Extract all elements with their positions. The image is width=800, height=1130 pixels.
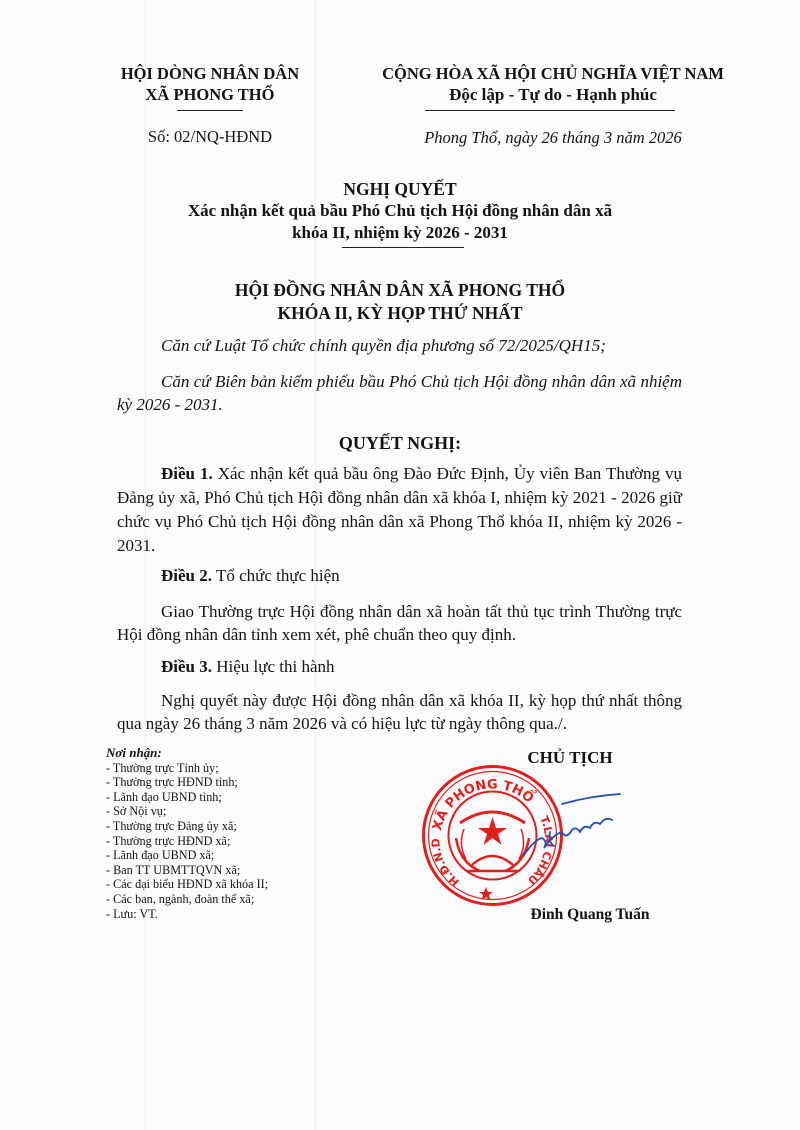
motto-underline xyxy=(425,110,675,111)
article-3-text: Nghị quyết này được Hội đồng nhân dân xã… xyxy=(117,689,682,735)
article-2-title: Tổ chức thực hiện xyxy=(216,566,340,585)
document-number: Số: 02/NQ-HĐND xyxy=(110,127,310,147)
document-type: NGHỊ QUYẾT xyxy=(100,178,700,200)
recipient-item: - Các ban, ngành, đoàn thể xã; xyxy=(106,892,346,907)
resolves-heading: QUYẾT NGHỊ: xyxy=(100,432,700,454)
recipient-item: - Các đại biểu HĐND xã khóa II; xyxy=(106,877,346,892)
header-left: HỘI DÒNG NHÂN DÂN XÃ PHONG THỔ xyxy=(110,63,310,105)
article-2-text: Giao Thường trực Hội đồng nhân dân xã ho… xyxy=(117,600,682,646)
article-1-label: Điều 1. xyxy=(161,464,213,483)
issuer-line2: KHÓA II, KỲ HỌP THỨ NHẤT xyxy=(100,302,700,325)
recipients-heading: Nơi nhận: xyxy=(106,746,346,761)
place-date: Phong Thổ, ngày 26 tháng 3 năm 2026 xyxy=(318,128,788,148)
document-subject-line1: Xác nhận kết quả bầu Phó Chủ tịch Hội đồ… xyxy=(100,200,700,222)
article-3-title: Hiệu lực thi hành xyxy=(216,657,334,676)
recipient-item: - Thường trực Tỉnh ủy; xyxy=(106,761,346,776)
recipient-item: - Lãnh đạo UBND tỉnh; xyxy=(106,790,346,805)
nation-name: CỘNG HÒA XÃ HỘI CHỦ NGHĨA VIỆT NAM xyxy=(318,63,788,84)
issuer-block: HỘI ĐỒNG NHÂN DÂN XÃ PHONG THỔ KHÓA II, … xyxy=(100,279,700,325)
legal-basis-1: Căn cứ Luật Tổ chức chính quyền địa phươ… xyxy=(117,334,682,357)
article-3-heading: Điều 3. Hiệu lực thi hành xyxy=(161,655,681,678)
org-name-line2: XÃ PHONG THỔ xyxy=(110,84,310,105)
recipient-item: - Lưu: VT. xyxy=(106,907,346,922)
org-underline xyxy=(177,110,243,111)
header-right: CỘNG HÒA XÃ HỘI CHỦ NGHĨA VIỆT NAM Độc l… xyxy=(318,63,788,105)
document-title: NGHỊ QUYẾT Xác nhận kết quả bầu Phó Chủ … xyxy=(100,178,700,244)
article-2-heading: Điều 2. Tổ chức thực hiện xyxy=(161,564,681,587)
title-underline xyxy=(342,247,464,248)
issuer-line1: HỘI ĐỒNG NHÂN DÂN XÃ PHONG THỔ xyxy=(100,279,700,302)
recipients-block: Nơi nhận: - Thường trực Tỉnh ủy; - Thườn… xyxy=(106,746,346,921)
document-subject-line2: khóa II, nhiệm kỳ 2026 - 2031 xyxy=(100,222,700,244)
org-name-line1: HỘI DÒNG NHÂN DÂN xyxy=(110,63,310,84)
recipient-item: - Thường trực Đảng ủy xã; xyxy=(106,819,346,834)
recipient-item: - Ban TT UBMTTQVN xã; xyxy=(106,863,346,878)
article-3-label: Điều 3. xyxy=(161,657,212,676)
signer-name: Đinh Quang Tuấn xyxy=(500,906,680,924)
legal-basis-2: Căn cứ Biên bản kiểm phiếu bầu Phó Chủ t… xyxy=(117,370,682,416)
recipient-item: - Lãnh đạo UBND xã; xyxy=(106,848,346,863)
recipient-item: - Thường trực HĐND tỉnh; xyxy=(106,775,346,790)
recipient-item: - Sở Nội vụ; xyxy=(106,804,346,819)
handwritten-signature-icon xyxy=(520,780,640,860)
scan-fold-line xyxy=(145,0,146,1130)
recipient-item: - Thường trực HĐND xã; xyxy=(106,834,346,849)
national-motto: Độc lập - Tự do - Hạnh phúc xyxy=(318,84,788,105)
article-2-label: Điều 2. xyxy=(161,566,212,585)
article-1: Điều 1. Xác nhận kết quả bầu ông Đào Đức… xyxy=(117,462,682,558)
